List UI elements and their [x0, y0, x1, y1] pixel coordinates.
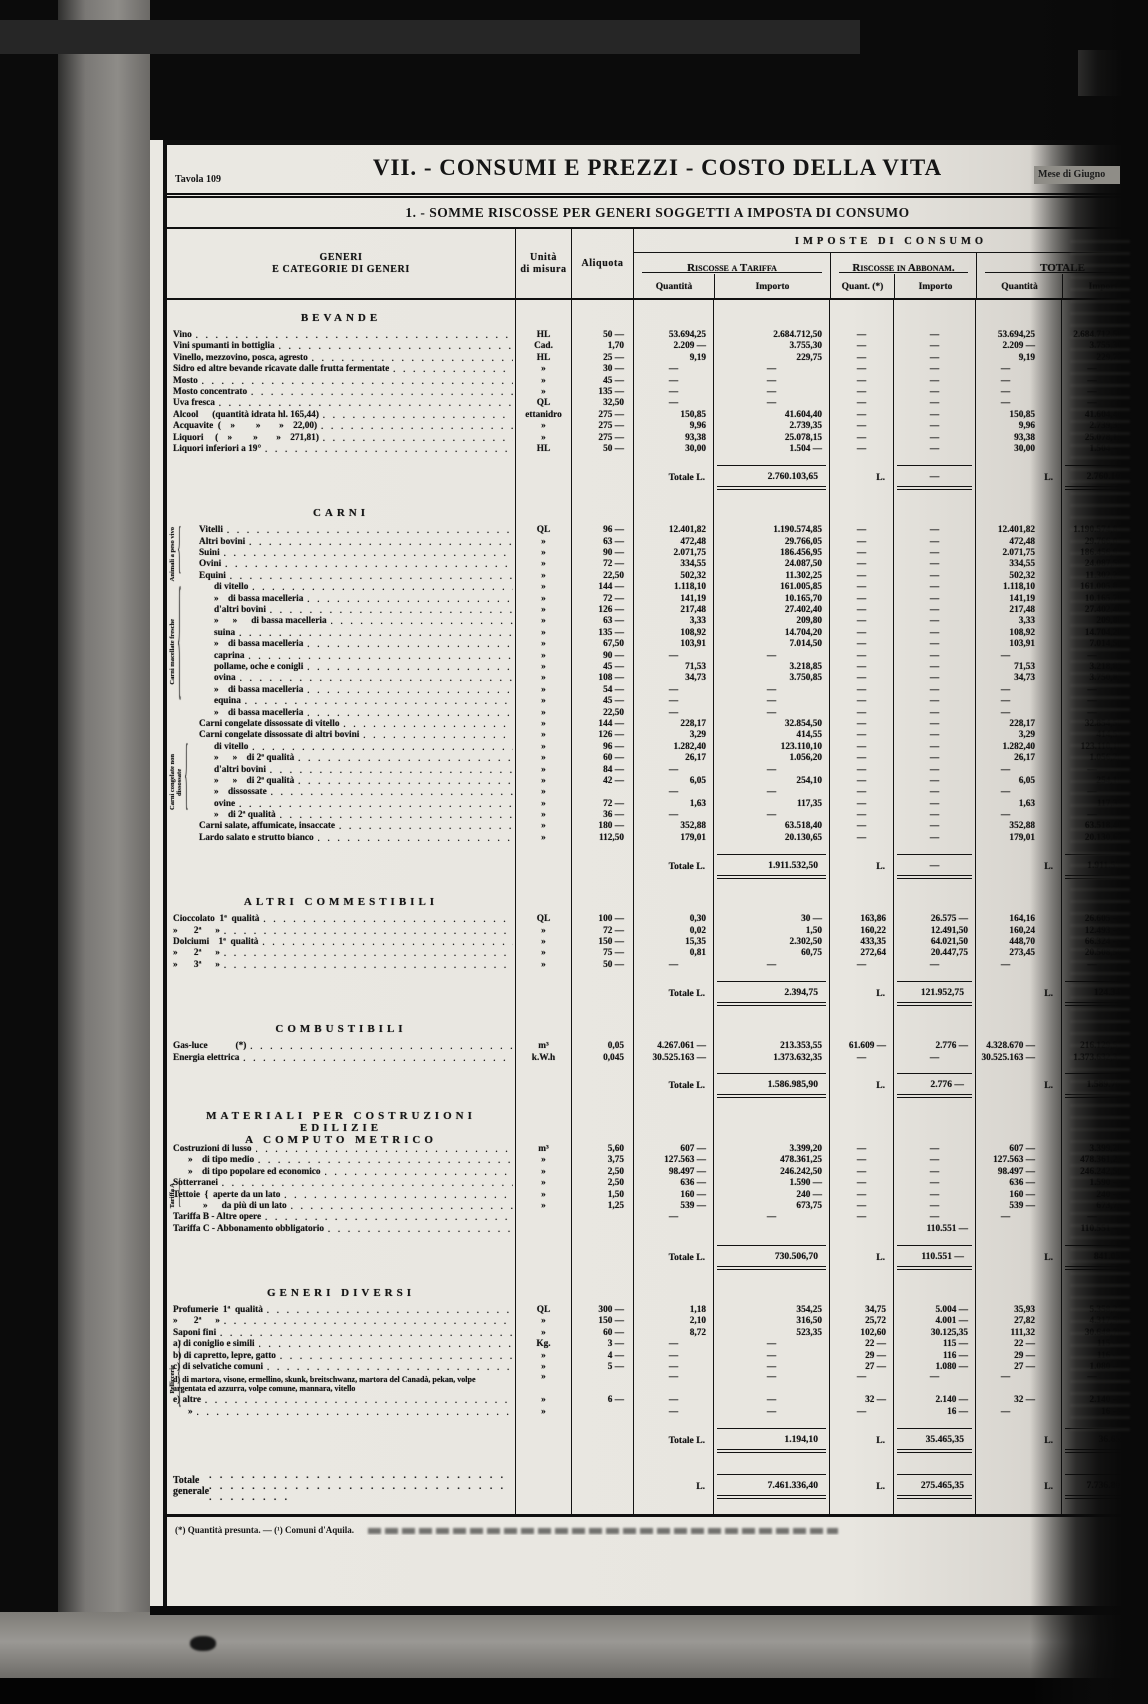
cell-unita: » — [515, 1316, 571, 1327]
dotted-leader — [331, 616, 513, 627]
section-title-cell — [713, 890, 829, 914]
cell-quantita-tariffa: — — [633, 1339, 713, 1350]
cell-importo-totale: 478.361,25 — [1061, 1155, 1148, 1166]
table-row: » di tipo medio»3,75127.563 —478.361,25—… — [167, 1155, 1148, 1166]
table-row: Vinello, mezzovino, posca, agrestoHL25 —… — [167, 353, 1148, 364]
cell-quantita-abbonam: — — [829, 821, 893, 832]
total-label-cell: Totale generale — [167, 1464, 515, 1508]
row-label: Equini — [167, 571, 515, 582]
cell-importo-tariffa: 2.302,50 — [713, 937, 829, 948]
section-title-text: CARNI — [167, 501, 515, 525]
section-title-row: ALTRI COMMESTIBILI — [167, 890, 1148, 914]
dotted-leader — [209, 1470, 515, 1503]
cell-quantita-totale: 32 — — [975, 1395, 1061, 1406]
total-importo-tariffa-value: 1.911.532,50 — [717, 854, 826, 879]
cell-quantita-tariffa: — — [633, 960, 713, 971]
cell-importo-tariffa: — — [713, 1212, 829, 1223]
total-l-label: L. — [829, 1422, 893, 1458]
cell-importo-abbonam: — — [893, 742, 975, 753]
statistical-table: GENERI E CATEGORIE DI GENERI Unità di mi… — [167, 229, 1148, 1517]
total-label-cell — [167, 1239, 515, 1275]
cell-quantita-tariffa: — — [633, 1351, 713, 1362]
row-label: Carni congelate dissossate di altri bovi… — [167, 730, 515, 741]
dotted-leader — [252, 742, 513, 753]
row-label: Lardo salato e strutto bianco — [167, 833, 515, 844]
cell-importo-abbonam: — — [893, 696, 975, 707]
header-imposte-block: IMPOSTE DI CONSUMO Riscosse a Tariffa Ri… — [633, 229, 1148, 298]
total-importo-tariffa: 1.911.532,50 — [713, 848, 829, 884]
cell-importo-abbonam: — — [893, 821, 975, 832]
cell-aliquota: 6 — — [571, 1395, 633, 1406]
cell-importo-totale: 26.605 — — [1061, 914, 1148, 925]
cell-importo-totale: 2.140 — — [1061, 1395, 1148, 1406]
totale-l-text: Totale L. — [669, 1435, 713, 1446]
total-l-label: L. — [633, 1464, 713, 1508]
row-label: Vino — [167, 330, 515, 341]
page-title: VII. - CONSUMI E PREZZI - COSTO DELLA VI… — [173, 155, 1142, 181]
total-l-label: L. — [975, 459, 1061, 495]
dotted-leader — [262, 937, 513, 948]
cell-quantita-totale: 30,00 — [975, 444, 1061, 455]
table-row: » 3ª »»50 ——————— — [167, 960, 1148, 971]
spacer-cell — [167, 1508, 515, 1514]
row-label: Mosto concentrato — [167, 387, 515, 398]
cell-unita: » — [515, 833, 571, 844]
cell-importo-abbonam: — — [893, 662, 975, 673]
row-label: ovina — [167, 673, 515, 684]
cell-aliquota: 36 — — [571, 810, 633, 821]
cell-importo-totale: 24.087,50 — [1061, 559, 1148, 570]
cell-importo-abbonam: — — [893, 960, 975, 971]
cell-quantita-abbonam: — — [829, 616, 893, 627]
cell-quantita-tariffa: — — [633, 364, 713, 375]
total-importo-totale: 1.589.761,90 — [1061, 1068, 1148, 1104]
cell-importo-totale: 1.056,20 — [1061, 753, 1148, 764]
cell-importo-abbonam: — — [893, 341, 975, 352]
cell-importo-totale: 161.005,85 — [1061, 582, 1148, 593]
header-generi: GENERI E CATEGORIE DI GENERI — [167, 229, 515, 298]
cell-importo-totale: 3.399,20 — [1061, 1144, 1148, 1155]
cell-importo-abbonam: — — [893, 525, 975, 536]
cell-importo-tariffa: 213.353,55 — [713, 1041, 829, 1052]
cell-quantita-abbonam: — — [829, 1155, 893, 1166]
table-row: Carni congelate dissossate di altri bovi… — [167, 730, 1148, 741]
section-title-cell — [515, 306, 571, 330]
cell-quantita-tariffa: 53.694,25 — [633, 330, 713, 341]
cell-aliquota: 126 — — [571, 605, 633, 616]
cell-unita: » — [515, 742, 571, 753]
cell-quantita-totale: — — [975, 1407, 1061, 1418]
table-section: MATERIALI PER COSTRUZIONI EDILIZIEA COMP… — [167, 1110, 1148, 1281]
cell-quantita-tariffa: 1.118,10 — [633, 582, 713, 593]
cell-importo-abbonam: — — [893, 376, 975, 387]
lira-text: L. — [1044, 1435, 1061, 1446]
section-total-row: Totale L.730.506,70L.110.551 —L.841.057,… — [167, 1239, 1148, 1275]
cell-quantita-totale: — — [975, 708, 1061, 719]
table-section: BEVANDEVinoHL50 —53.694,252.684.712,50——… — [167, 306, 1148, 501]
total-l-label: L. — [975, 1464, 1061, 1508]
cell-aliquota: 150 — — [571, 937, 633, 948]
cell-quantita-tariffa: — — [633, 765, 713, 776]
dotted-leader — [259, 1339, 513, 1350]
cell-aliquota: 45 — — [571, 662, 633, 673]
total-importo-totale-value: 7.736.801,75 — [1065, 1474, 1145, 1499]
cell-quantita-tariffa: 12.401,82 — [633, 525, 713, 536]
cell-importo-abbonam: 2.776 — — [893, 1041, 975, 1052]
cell-aliquota: 1,25 — [571, 1201, 633, 1212]
header-sub-5: Importo — [1062, 274, 1148, 298]
cell-importo-tariffa — [713, 1224, 829, 1235]
cell-aliquota: 90 — — [571, 548, 633, 559]
cell-quantita-totale: 22 — — [975, 1339, 1061, 1350]
total-l-label: L. — [829, 975, 893, 1011]
row-label: Carni salate, affumicate, insaccate — [167, 821, 515, 832]
cell-quantita-abbonam: — — [829, 810, 893, 821]
total-cell — [515, 1422, 571, 1458]
cell-quantita-abbonam: — — [829, 1053, 893, 1064]
cell-aliquota: 0,05 — [571, 1041, 633, 1052]
cell-quantita-tariffa: — — [633, 1212, 713, 1223]
cell-quantita-tariffa: — — [633, 787, 713, 798]
total-l-label: L. — [829, 1464, 893, 1508]
cell-unita: » — [515, 1201, 571, 1212]
row-label: e) altre — [167, 1395, 515, 1406]
cell-quantita-totale: 26,17 — [975, 753, 1061, 764]
cell-unita: » — [515, 1395, 571, 1406]
cell-importo-abbonam: — — [893, 537, 975, 548]
total-l-label: Totale L. — [633, 459, 713, 495]
row-label-text: Energia elettrica — [173, 1053, 239, 1064]
cell-unita: » — [515, 662, 571, 673]
row-label: » di 2ª qualità — [167, 810, 515, 821]
cell-quantita-abbonam: — — [829, 594, 893, 605]
row-label: Dolciumi 1ª qualità — [167, 937, 515, 948]
cell-importo-tariffa: — — [713, 1351, 829, 1362]
table-row: d) di martora, visone, ermellino, skunk,… — [167, 1373, 1148, 1395]
cell-unita: » — [515, 1328, 571, 1339]
dotted-leader — [363, 730, 513, 741]
dotted-leader — [271, 787, 513, 798]
cell-importo-totale: 32.854,50 — [1061, 719, 1148, 730]
cell-importo-totale: — — [1061, 376, 1148, 387]
cell-quantita-abbonam: — — [829, 571, 893, 582]
row-label-text: » dissossate — [214, 787, 267, 798]
cell-quantita-tariffa: 2,10 — [633, 1316, 713, 1327]
cell-aliquota: 126 — — [571, 730, 633, 741]
total-label-cell — [167, 1422, 515, 1458]
cell-quantita-abbonam: 102,60 — [829, 1328, 893, 1339]
cell-importo-abbonam: — — [893, 582, 975, 593]
section-title-cell — [571, 1281, 633, 1305]
dotted-leader — [280, 1351, 513, 1362]
dotted-leader — [258, 1155, 513, 1166]
dotted-leader — [307, 639, 513, 650]
cell-unita: Kg. — [515, 1339, 571, 1350]
cell-quantita-totale: — — [975, 364, 1061, 375]
dotted-leader — [227, 525, 513, 536]
dotted-leader — [230, 571, 513, 582]
cell-quantita-tariffa: 2.209 — — [633, 341, 713, 352]
row-label: Profumerie 1ª qualità — [167, 1305, 515, 1316]
cell-aliquota: 30 — — [571, 364, 633, 375]
table-row: Altri bovini»63 —472,4829.766,05——472,48… — [167, 537, 1148, 548]
row-label-text: Liquori inferiori a 19° — [173, 444, 261, 455]
row-label-text: » di tipo medio — [188, 1155, 254, 1166]
row-label: » di bassa macelleria — [167, 708, 515, 719]
dotted-leader — [225, 559, 513, 570]
cell-importo-tariffa: 1.190.574,85 — [713, 525, 829, 536]
cell-quantita-abbonam: — — [829, 1407, 893, 1418]
section-title-cell — [975, 890, 1061, 914]
cell-aliquota: 96 — — [571, 742, 633, 753]
cell-aliquota: 75 — — [571, 948, 633, 959]
cell-importo-totale: — — [1061, 696, 1148, 707]
table-row: di vitello»96 —1.282,40123.110,10——1.282… — [167, 742, 1148, 753]
total-l-label: L. — [829, 1068, 893, 1104]
cell-aliquota: 135 — — [571, 387, 633, 398]
cell-importo-totale: 186.456,95 — [1061, 548, 1148, 559]
cell-quantita-abbonam: — — [829, 1190, 893, 1201]
cell-quantita-tariffa: 6,05 — [633, 776, 713, 787]
dotted-leader — [267, 1305, 513, 1316]
row-label-text: Liquori ( » » » 271,81) — [173, 433, 319, 444]
cell-aliquota: 32,50 — [571, 398, 633, 409]
table-row: Lardo salato e strutto bianco»112,50179,… — [167, 833, 1148, 844]
row-label: caprina — [167, 651, 515, 662]
row-label-text: » 2ª » — [173, 948, 220, 959]
cell-importo-tariffa: 2.684.712,50 — [713, 330, 829, 341]
cell-quantita-tariffa: 1.282,40 — [633, 742, 713, 753]
section-title-text: MATERIALI PER COSTRUZIONI EDILIZIEA COMP… — [167, 1110, 515, 1146]
cell-importo-tariffa: 1.056,20 — [713, 753, 829, 764]
table-row: Sotterranei»2,50636 —1.590 ———636 —1.590… — [167, 1178, 1148, 1189]
section-title-cell — [571, 1110, 633, 1146]
table-row: » di 2ª qualità»36 ——————— — [167, 810, 1148, 821]
cell-importo-abbonam: 26.575 — — [893, 914, 975, 925]
row-label-text: Costruzioni di lusso — [173, 1144, 252, 1155]
cell-importo-tariffa: 41.604,40 — [713, 410, 829, 421]
row-label: Vinello, mezzovino, posca, agresto — [167, 353, 515, 364]
cell-unita: » — [515, 628, 571, 639]
row-label: Mosto — [167, 376, 515, 387]
cell-unita: m³ — [515, 1041, 571, 1052]
cell-importo-abbonam: 110.551 — — [893, 1224, 975, 1235]
lira-text: L. — [876, 1080, 893, 1091]
spacer-cell — [893, 1458, 975, 1464]
row-label-text: d'altri bovini — [214, 605, 266, 616]
cell-quantita-abbonam: — — [829, 708, 893, 719]
cell-quantita-abbonam: — — [829, 719, 893, 730]
table-row: » di bassa macelleria»22,50—————— — [167, 708, 1148, 719]
cell-importo-tariffa: — — [713, 696, 829, 707]
cell-importo-abbonam: — — [893, 1201, 975, 1212]
cell-quantita-abbonam: — — [829, 1144, 893, 1155]
totale-l-text: L. — [696, 1481, 713, 1492]
cell-quantita-abbonam: — — [829, 833, 893, 844]
cell-unita — [515, 1212, 571, 1223]
cell-quantita-tariffa: 9,19 — [633, 353, 713, 364]
cell-aliquota — [571, 1407, 633, 1418]
section-title-cell — [515, 1110, 571, 1146]
row-label: » » di bassa macelleria — [167, 616, 515, 627]
total-importo-tariffa: 2.394,75 — [713, 975, 829, 1011]
cell-quantita-abbonam: — — [829, 960, 893, 971]
cell-quantita-tariffa: 30.525.163 — — [633, 1053, 713, 1064]
table-row: Liquori ( » » » 271,81)»275 —93,3825.078… — [167, 433, 1148, 444]
cell-unita: » — [515, 376, 571, 387]
cell-importo-abbonam: — — [893, 421, 975, 432]
row-label: Gas-luce (*) — [167, 1041, 515, 1052]
dotted-leader — [197, 1407, 513, 1418]
dotted-leader — [202, 376, 513, 387]
total-cell — [515, 1239, 571, 1275]
row-label: d'altri bovini — [167, 765, 515, 776]
header-totale: TOTALE — [976, 253, 1148, 274]
section-title: ALTRI COMMESTIBILI — [167, 890, 515, 914]
cell-quantita-totale: 53.694,25 — [975, 330, 1061, 341]
row-label-text: d'altri bovini — [214, 765, 266, 776]
header-sub-0: Quantità — [634, 274, 714, 298]
total-importo-tariffa-value: 2.394,75 — [717, 981, 826, 1006]
row-label-text: » di bassa macelleria — [214, 708, 303, 719]
cell-quantita-tariffa: 2.071,75 — [633, 548, 713, 559]
cell-quantita-totale: 27 — — [975, 1362, 1061, 1373]
table-row: caprina»90 ——————— — [167, 651, 1148, 662]
row-label: » — [167, 1407, 515, 1418]
cell-importo-tariffa: — — [713, 960, 829, 971]
total-label-cell — [167, 975, 515, 1011]
cell-quantita-tariffa: 8,72 — [633, 1328, 713, 1339]
row-label-text: di vitello — [214, 742, 248, 753]
dotted-leader — [307, 662, 513, 673]
cell-aliquota: 275 — — [571, 421, 633, 432]
cell-importo-tariffa: 254,10 — [713, 776, 829, 787]
spacer-cell — [633, 1458, 713, 1464]
cell-importo-tariffa: 229,75 — [713, 353, 829, 364]
lira-text: L. — [1044, 861, 1061, 872]
cell-aliquota: 112,50 — [571, 833, 633, 844]
section-title-cell — [1061, 306, 1148, 330]
total-importo-tariffa-value: 730.506,70 — [717, 1245, 826, 1270]
header-subcolumns: QuantitàImportoQuant. (*)ImportoQuantità… — [634, 274, 1148, 298]
cell-unita: QL — [515, 914, 571, 925]
cell-importo-abbonam: 20.447,75 — [893, 948, 975, 959]
cell-importo-tariffa: — — [713, 1395, 829, 1406]
cell-importo-tariffa: — — [713, 398, 829, 409]
cell-quantita-abbonam: — — [829, 765, 893, 776]
cell-quantita-totale: 273,45 — [975, 948, 1061, 959]
cell-quantita-tariffa: — — [633, 685, 713, 696]
cell-importo-abbonam: — — [893, 639, 975, 650]
cell-quantita-totale: 164,16 — [975, 914, 1061, 925]
cell-importo-tariffa: 673,75 — [713, 1201, 829, 1212]
section-title-cell — [713, 306, 829, 330]
dotted-leader — [245, 696, 513, 707]
row-label: Tettoie { aperte da un lato — [167, 1190, 515, 1201]
cell-quantita-abbonam: — — [829, 1373, 893, 1395]
cell-importo-totale: 209,80 — [1061, 616, 1148, 627]
table-row: ovine»72 —1,63117,35——1,63117,35 — [167, 799, 1148, 810]
row-label-text: c) di selvatiche comuni — [173, 1362, 263, 1373]
cell-importo-tariffa: — — [713, 364, 829, 375]
spacer-cell — [571, 1508, 633, 1514]
row-label-text: » 2ª » — [173, 1316, 220, 1327]
section-title-cell — [633, 1017, 713, 1041]
row-label-text: d) di martora, visone, ermellino, skunk,… — [173, 1375, 509, 1393]
total-cell — [515, 848, 571, 884]
table-row: » dissossate»—————— — [167, 787, 1148, 798]
cell-importo-tariffa: 7.014,50 — [713, 639, 829, 650]
spacer-cell — [893, 1508, 975, 1514]
cell-quantita-tariffa: 3,29 — [633, 730, 713, 741]
row-label: » dissossate — [167, 787, 515, 798]
section-title-cell — [893, 1281, 975, 1305]
total-cell — [571, 1239, 633, 1275]
row-label-text: Alcool (quantità idrata hl. 165,44) — [173, 410, 319, 421]
cell-unita: » — [515, 548, 571, 559]
cell-importo-totale: 414,55 — [1061, 730, 1148, 741]
cell-importo-tariffa: — — [713, 1373, 829, 1395]
row-label: d'altri bovini — [167, 605, 515, 616]
lira-text: L. — [1044, 1252, 1061, 1263]
section-title-row: MATERIALI PER COSTRUZIONI EDILIZIEA COMP… — [167, 1110, 1148, 1144]
cell-importo-totale: 29.766,05 — [1061, 537, 1148, 548]
row-label-text: Dolciumi 1ª qualità — [173, 937, 258, 948]
dotted-leader — [265, 1212, 513, 1223]
total-importo-tariffa-value: 2.760.103,65 — [717, 465, 826, 490]
section-title-cell — [515, 890, 571, 914]
row-label: pollame, oche e conigli — [167, 662, 515, 673]
cell-importo-totale: — — [1061, 708, 1148, 719]
cell-importo-totale: 63.518,40 — [1061, 821, 1148, 832]
cell-quantita-totale: 27,82 — [975, 1316, 1061, 1327]
header-sub-2: Quant. (*) — [830, 274, 894, 298]
cell-aliquota: 60 — — [571, 1328, 633, 1339]
cell-quantita-totale: 29 — — [975, 1351, 1061, 1362]
cell-quantita-abbonam: — — [829, 548, 893, 559]
cell-importo-abbonam: — — [893, 685, 975, 696]
cell-unita: » — [515, 937, 571, 948]
cell-importo-totale: 5.358,25 — [1061, 1305, 1148, 1316]
cell-quantita-totale: 35,93 — [975, 1305, 1061, 1316]
row-label-text: Vitelli — [199, 525, 223, 536]
cell-quantita-abbonam: — — [829, 753, 893, 764]
cell-aliquota: 54 — — [571, 685, 633, 696]
cell-quantita-totale: 111,32 — [975, 1328, 1061, 1339]
cell-quantita-abbonam: 25,72 — [829, 1316, 893, 1327]
dotted-leader — [307, 685, 513, 696]
cell-quantita-abbonam: — — [829, 537, 893, 548]
cell-quantita-abbonam: — — [829, 387, 893, 398]
cell-quantita-totale: 2.071,75 — [975, 548, 1061, 559]
cell-unita: » — [515, 364, 571, 375]
grand-total-label: Totale generale — [173, 1475, 209, 1497]
dotted-leader — [239, 628, 513, 639]
cell-importo-tariffa: 20.130,65 — [713, 833, 829, 844]
row-label: » di bassa macelleria — [167, 639, 515, 650]
cell-importo-totale: 3.750,85 — [1061, 673, 1148, 684]
row-label-text: Acquavite ( » » » 22,00) — [173, 421, 317, 432]
row-label-text: a) di coniglio e simili — [173, 1339, 255, 1350]
section-rows: Costruzioni di lussom³5,60607 —3.399,20—… — [167, 1144, 1148, 1235]
cell-importo-totale: — — [1061, 685, 1148, 696]
page-number-smudge — [190, 1636, 216, 1651]
cell-quantita-totale: 2.209 — — [975, 341, 1061, 352]
section-title-cell — [571, 1017, 633, 1041]
spacer-cell — [515, 1458, 571, 1464]
section-title-cell — [1061, 1017, 1148, 1041]
row-label-text: » di bassa macelleria — [214, 639, 303, 650]
